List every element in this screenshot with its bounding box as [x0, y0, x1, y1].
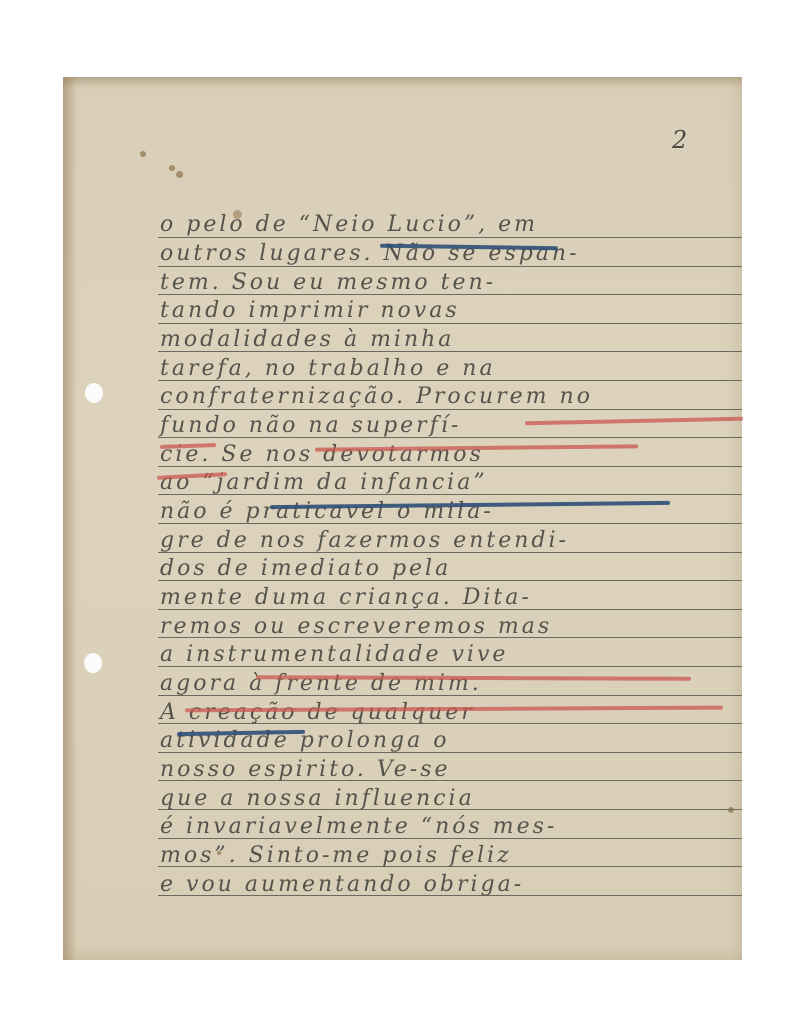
text-line: que a nossa influencia: [160, 786, 740, 812]
text-line: mente duma criança. Dita-: [160, 585, 740, 611]
text-line: tando imprimir novas: [160, 298, 740, 324]
text-line: remos ou escreveremos mas: [160, 614, 740, 640]
stain-spot: [176, 171, 183, 178]
text-line: nosso espirito. Ve-se: [160, 757, 740, 783]
text-line: fundo não na superfí-: [160, 413, 740, 439]
text-line: mos”. Sinto-me pois feliz: [160, 843, 740, 869]
punch-hole-top: [85, 383, 103, 403]
page-number: 2: [672, 126, 687, 154]
punch-hole-bottom: [84, 653, 102, 673]
text-line: ao “jardim da infancia”: [160, 470, 740, 496]
stain-spot: [140, 151, 146, 157]
stain-spot: [169, 165, 175, 171]
text-line: dos de imediato pela: [160, 556, 740, 582]
text-line: a instrumentalidade vive: [160, 642, 740, 668]
text-line: tarefa, no trabalho e na: [160, 356, 740, 382]
text-line: o pelo de “Neio Lucio”, em: [160, 212, 740, 238]
text-line: tem. Sou eu mesmo ten-: [160, 270, 740, 296]
text-line: e vou aumentando obriga-: [160, 872, 740, 898]
text-line: modalidades à minha: [160, 327, 740, 353]
text-line: agora à frente de mim.: [160, 671, 740, 697]
text-line: é invariavelmente “nós mes-: [160, 814, 740, 840]
text-line: confraternização. Procurem no: [160, 384, 740, 410]
text-line: gre de nos fazermos entendi-: [160, 528, 740, 554]
text-line: A creação de qualquer: [160, 700, 740, 726]
